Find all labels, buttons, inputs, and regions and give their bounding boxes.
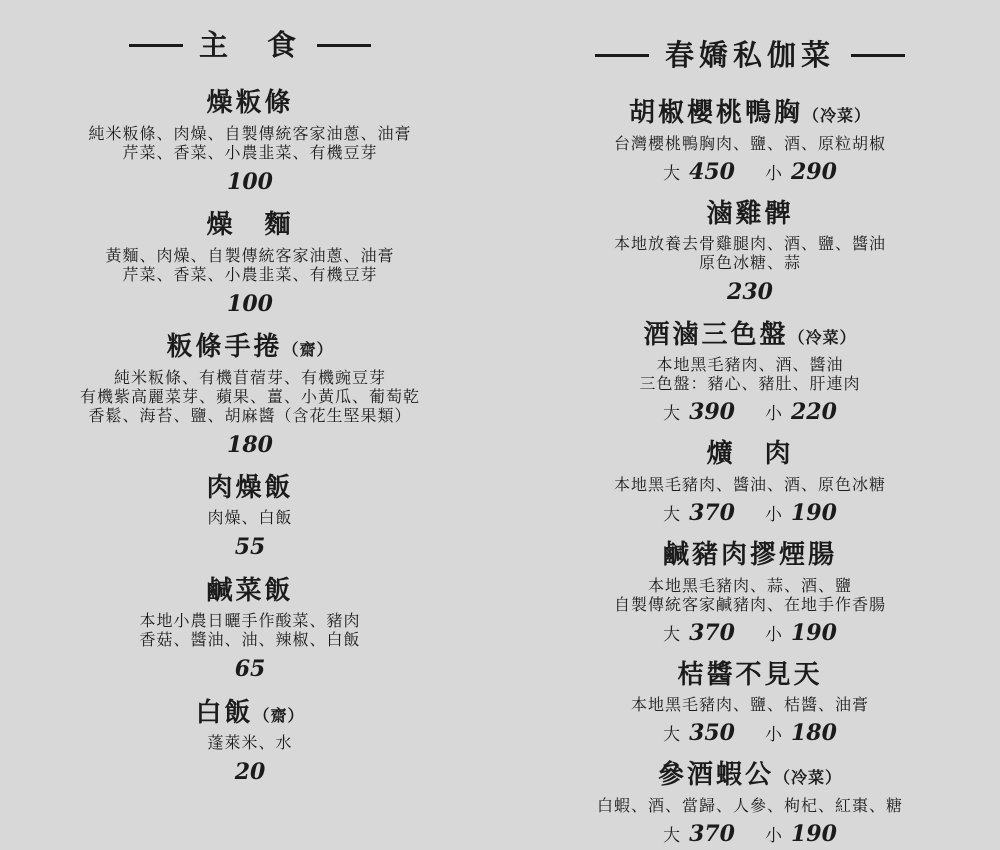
item-price: 大390 小220 xyxy=(500,399,1000,425)
size-label-large: 大 xyxy=(663,500,680,525)
item-title: 肉燥飯 xyxy=(0,473,500,504)
price-large-value: 370 xyxy=(689,821,735,847)
description-line: 本地黑毛豬肉、醬油、酒、原色冰糖 xyxy=(500,475,1000,494)
size-label-large: 大 xyxy=(663,620,680,645)
price-large-value: 370 xyxy=(689,620,735,646)
header-rule-right xyxy=(317,44,371,47)
menu-item-braised-pork-belly: 爌 肉 本地黑毛豬肉、醬油、酒、原色冰糖 大370 小190 xyxy=(500,439,1000,526)
item-title: 酒滷三色盤（冷菜） xyxy=(500,320,1000,351)
header-rule-left xyxy=(595,54,649,57)
item-description: 本地黑毛豬肉、鹽、桔醬、油膏 xyxy=(500,695,1000,714)
item-name: 鹹菜飯 xyxy=(206,576,293,606)
section-main-food: 主 食 燥粄條 純米粄條、肉燥、自製傳統客家油蔥、油膏 芹菜、香菜、小農韭菜、有… xyxy=(0,0,500,850)
item-title: 爌 肉 xyxy=(500,439,1000,470)
price-small: 小290 xyxy=(765,159,837,185)
item-name: 參酒蝦公 xyxy=(658,760,774,790)
item-suffix: （冷菜） xyxy=(789,328,857,347)
description-line: 三色盤：豬心、豬肚、肝連肉 xyxy=(500,374,1000,393)
description-line: 純米粄條、肉燥、自製傳統客家油蔥、油膏 xyxy=(0,124,500,143)
description-line: 蓬萊米、水 xyxy=(0,733,500,752)
item-name: 白飯 xyxy=(195,698,253,728)
header-rule-right xyxy=(851,54,905,57)
size-label-small: 小 xyxy=(765,821,782,846)
item-price: 55 xyxy=(0,535,500,560)
menu-item-zao-mian: 燥 麵 黃麵、肉燥、自製傳統客家油蔥、油膏 芹菜、香菜、小農韭菜、有機豆芽 10… xyxy=(0,210,500,317)
price-small: 小190 xyxy=(765,620,837,646)
item-title: 滷雞髀 xyxy=(500,199,1000,230)
item-price: 65 xyxy=(0,657,500,682)
size-label-small: 小 xyxy=(765,399,782,424)
menu-item-zao-ban-tiao: 燥粄條 純米粄條、肉燥、自製傳統客家油蔥、油膏 芹菜、香菜、小農韭菜、有機豆芽 … xyxy=(0,88,500,195)
item-suffix: （齋） xyxy=(254,706,305,725)
item-name: 肉燥飯 xyxy=(206,473,293,503)
item-price: 180 xyxy=(0,433,500,458)
menu-item-kumquat-sauce-pork: 桔醬不見天 本地黑毛豬肉、鹽、桔醬、油膏 大350 小180 xyxy=(500,660,1000,747)
item-title: 粄條手捲（齋） xyxy=(0,332,500,363)
description-line: 原色冰糖、蒜 xyxy=(500,253,1000,272)
description-line: 本地黑毛豬肉、鹽、桔醬、油膏 xyxy=(500,695,1000,714)
price-large-value: 390 xyxy=(689,399,735,425)
item-description: 肉燥、白飯 xyxy=(0,508,500,527)
price-large: 大370 xyxy=(663,620,735,646)
description-line: 本地小農日曬手作酸菜、豬肉 xyxy=(0,611,500,630)
item-price: 100 xyxy=(0,170,500,195)
item-title: 桔醬不見天 xyxy=(500,660,1000,691)
item-title: 鹹豬肉摎煙腸 xyxy=(500,540,1000,571)
menu-item-salted-pork-and-sausage: 鹹豬肉摎煙腸 本地黑毛豬肉、蒜、酒、鹽 自製傳統客家鹹豬肉、在地手作香腸 大37… xyxy=(500,540,1000,646)
header-rule-left xyxy=(129,44,183,47)
item-name: 鹹豬肉摎煙腸 xyxy=(663,540,837,570)
menu-item-ginseng-wine-shrimp: 參酒蝦公（冷菜） 白蝦、酒、當歸、人參、枸杞、紅棗、糖 大370 小190 xyxy=(500,760,1000,847)
item-suffix: （冷菜） xyxy=(774,768,842,787)
section-house-specials: 春嬌私伽菜 胡椒櫻桃鴨胸（冷菜） 台灣櫻桃鴨胸肉、鹽、酒、原粒胡椒 大450 小… xyxy=(500,0,1000,850)
price-small-value: 290 xyxy=(791,159,837,185)
section-header-main-food: 主 食 xyxy=(0,30,500,62)
price-large-value: 350 xyxy=(689,720,735,746)
item-title: 鹹菜飯 xyxy=(0,576,500,607)
description-line: 香菇、醬油、油、辣椒、白飯 xyxy=(0,630,500,649)
item-name: 爌 肉 xyxy=(706,439,793,469)
description-line: 白蝦、酒、當歸、人參、枸杞、紅棗、糖 xyxy=(500,796,1000,815)
item-name: 胡椒櫻桃鴨胸 xyxy=(629,98,803,128)
item-description: 本地黑毛豬肉、酒、醬油 三色盤：豬心、豬肚、肝連肉 xyxy=(500,355,1000,393)
size-label-large: 大 xyxy=(663,399,680,424)
price-large-value: 450 xyxy=(689,159,735,185)
description-line: 芹菜、香菜、小農韭菜、有機豆芽 xyxy=(0,143,500,162)
menu-item-white-rice: 白飯（齋） 蓬萊米、水 20 xyxy=(0,698,500,786)
item-description: 純米粄條、肉燥、自製傳統客家油蔥、油膏 芹菜、香菜、小農韭菜、有機豆芽 xyxy=(0,124,500,162)
price-small: 小190 xyxy=(765,821,837,847)
size-label-small: 小 xyxy=(765,500,782,525)
menu-item-pickled-veg-rice: 鹹菜飯 本地小農日曬手作酸菜、豬肉 香菇、醬油、油、辣椒、白飯 65 xyxy=(0,576,500,683)
menu-item-pepper-duck-breast: 胡椒櫻桃鴨胸（冷菜） 台灣櫻桃鴨胸肉、鹽、酒、原粒胡椒 大450 小290 xyxy=(500,98,1000,185)
price-small-value: 190 xyxy=(791,821,837,847)
description-line: 肉燥、白飯 xyxy=(0,508,500,527)
item-description: 蓬萊米、水 xyxy=(0,733,500,752)
item-price: 20 xyxy=(0,760,500,785)
description-line: 本地黑毛豬肉、酒、醬油 xyxy=(500,355,1000,374)
size-label-large: 大 xyxy=(663,821,680,846)
description-line: 本地黑毛豬肉、蒜、酒、鹽 xyxy=(500,576,1000,595)
item-title: 白飯（齋） xyxy=(0,698,500,729)
item-title: 燥 麵 xyxy=(0,210,500,241)
price-large: 大370 xyxy=(663,821,735,847)
price-large: 大350 xyxy=(663,720,735,746)
item-description: 純米粄條、有機苜蓿芽、有機豌豆芽 有機紫高麗菜芽、蘋果、薑、小黃瓜、葡萄乾 香鬆… xyxy=(0,368,500,425)
size-label-large: 大 xyxy=(663,720,680,745)
item-title: 燥粄條 xyxy=(0,88,500,119)
item-description: 本地小農日曬手作酸菜、豬肉 香菇、醬油、油、辣椒、白飯 xyxy=(0,611,500,649)
item-description: 台灣櫻桃鴨胸肉、鹽、酒、原粒胡椒 xyxy=(500,134,1000,153)
price-small-value: 220 xyxy=(791,399,837,425)
section-title: 春嬌私伽菜 xyxy=(665,40,835,72)
section-header-house-specials: 春嬌私伽菜 xyxy=(500,40,1000,72)
item-suffix: （齋） xyxy=(283,340,334,359)
item-price: 大370 小190 xyxy=(500,500,1000,526)
item-description: 本地黑毛豬肉、蒜、酒、鹽 自製傳統客家鹹豬肉、在地手作香腸 xyxy=(500,576,1000,614)
item-title: 參酒蝦公（冷菜） xyxy=(500,760,1000,791)
size-label-large: 大 xyxy=(663,159,680,184)
description-line: 台灣櫻桃鴨胸肉、鹽、酒、原粒胡椒 xyxy=(500,134,1000,153)
price-large-value: 370 xyxy=(689,500,735,526)
section-title: 主 食 xyxy=(199,30,301,62)
size-label-small: 小 xyxy=(765,159,782,184)
price-small-value: 190 xyxy=(791,500,837,526)
item-name: 酒滷三色盤 xyxy=(643,320,788,350)
item-price: 大370 小190 xyxy=(500,620,1000,646)
item-description: 白蝦、酒、當歸、人參、枸杞、紅棗、糖 xyxy=(500,796,1000,815)
item-description: 本地放養去骨雞腿肉、酒、鹽、醬油 原色冰糖、蒜 xyxy=(500,234,1000,272)
item-title: 胡椒櫻桃鴨胸（冷菜） xyxy=(500,98,1000,129)
item-suffix: （冷菜） xyxy=(803,106,871,125)
price-large: 大450 xyxy=(663,159,735,185)
item-name: 桔醬不見天 xyxy=(677,660,822,690)
description-line: 香鬆、海苔、鹽、胡麻醬（含花生堅果類） xyxy=(0,406,500,425)
description-line: 黃麵、肉燥、自製傳統客家油蔥、油膏 xyxy=(0,246,500,265)
description-line: 芹菜、香菜、小農韭菜、有機豆芽 xyxy=(0,265,500,284)
item-price: 100 xyxy=(0,292,500,317)
price-small: 小220 xyxy=(765,399,837,425)
item-price: 大370 小190 xyxy=(500,821,1000,847)
menu-item-ban-tiao-hand-roll: 粄條手捲（齋） 純米粄條、有機苜蓿芽、有機豌豆芽 有機紫高麗菜芽、蘋果、薑、小黃… xyxy=(0,332,500,458)
item-description: 本地黑毛豬肉、醬油、酒、原色冰糖 xyxy=(500,475,1000,494)
price-small: 小180 xyxy=(765,720,837,746)
item-name: 滷雞髀 xyxy=(706,199,793,229)
item-price: 230 xyxy=(500,280,1000,305)
size-label-small: 小 xyxy=(765,620,782,645)
description-line: 純米粄條、有機苜蓿芽、有機豌豆芽 xyxy=(0,368,500,387)
item-name: 粄條手捲 xyxy=(166,332,282,362)
price-small-value: 180 xyxy=(791,720,837,746)
item-description: 黃麵、肉燥、自製傳統客家油蔥、油膏 芹菜、香菜、小農韭菜、有機豆芽 xyxy=(0,246,500,284)
description-line: 自製傳統客家鹹豬肉、在地手作香腸 xyxy=(500,595,1000,614)
item-name: 燥 麵 xyxy=(206,210,293,240)
menu-page: 主 食 燥粄條 純米粄條、肉燥、自製傳統客家油蔥、油膏 芹菜、香菜、小農韭菜、有… xyxy=(0,0,1000,850)
price-small: 小190 xyxy=(765,500,837,526)
item-name: 燥粄條 xyxy=(206,88,293,118)
menu-item-wine-braised-trio-plate: 酒滷三色盤（冷菜） 本地黑毛豬肉、酒、醬油 三色盤：豬心、豬肚、肝連肉 大390… xyxy=(500,320,1000,426)
menu-item-braised-chicken-leg: 滷雞髀 本地放養去骨雞腿肉、酒、鹽、醬油 原色冰糖、蒜 230 xyxy=(500,199,1000,306)
description-line: 本地放養去骨雞腿肉、酒、鹽、醬油 xyxy=(500,234,1000,253)
item-price: 大350 小180 xyxy=(500,720,1000,746)
price-large: 大370 xyxy=(663,500,735,526)
price-large: 大390 xyxy=(663,399,735,425)
menu-item-minced-pork-rice: 肉燥飯 肉燥、白飯 55 xyxy=(0,473,500,561)
item-price: 大450 小290 xyxy=(500,159,1000,185)
price-small-value: 190 xyxy=(791,620,837,646)
description-line: 有機紫高麗菜芽、蘋果、薑、小黃瓜、葡萄乾 xyxy=(0,387,500,406)
size-label-small: 小 xyxy=(765,720,782,745)
